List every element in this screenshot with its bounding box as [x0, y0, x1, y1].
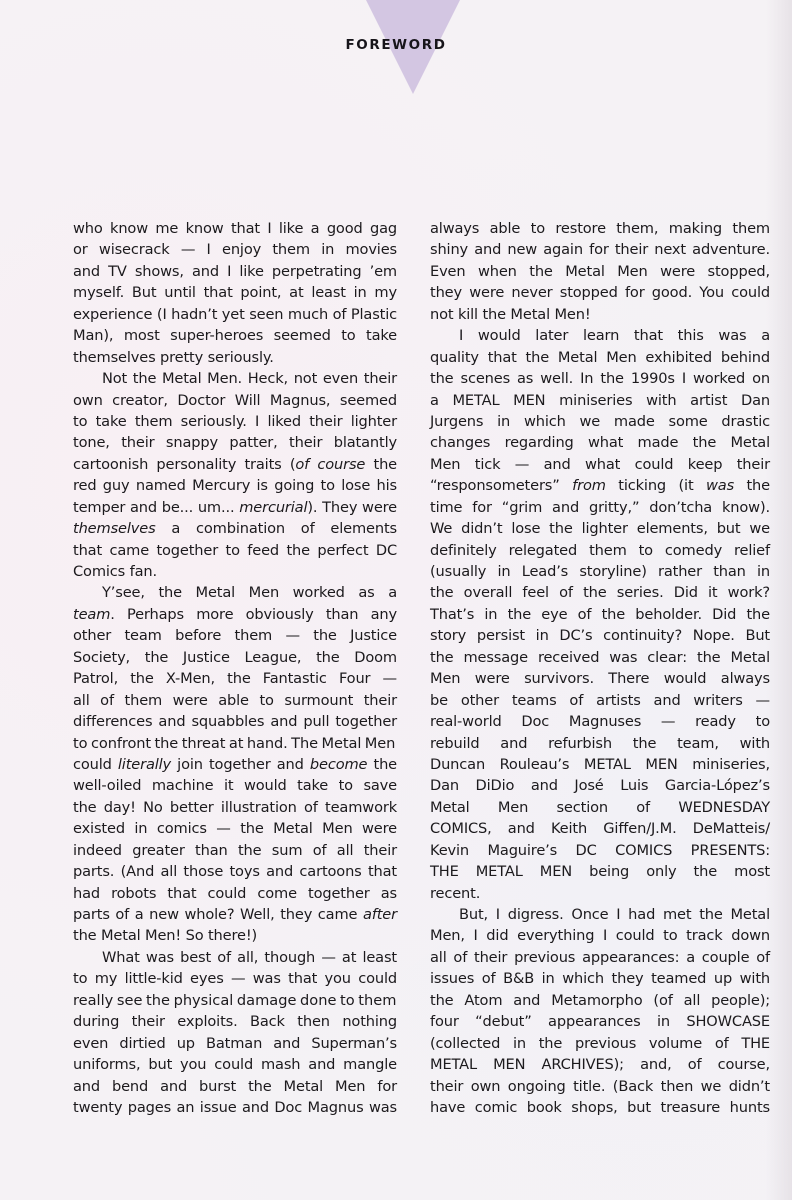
text-line: Men, I did everything I could to track d…	[430, 925, 770, 946]
text-line: That’s in the eye of the beholder. Did t…	[430, 604, 770, 625]
body-text: the	[367, 756, 397, 773]
body-text: That’s in the eye of the beholder. Did t…	[430, 606, 770, 623]
text-line: differences and squabbles and pull toget…	[73, 711, 397, 732]
text-line: I would later learn that this was a	[430, 325, 770, 346]
body-text: Society, the Justice League, the Doom	[73, 649, 397, 666]
body-text: to confront the threat at hand. The Meta…	[73, 735, 395, 752]
italic-text: mercurial	[239, 499, 307, 516]
text-line: team. Perhaps more obviously than any	[73, 604, 397, 625]
body-text: (usually in Lead’s storyline) rather tha…	[430, 563, 770, 580]
text-line: myself. But until that point, at least i…	[73, 282, 397, 303]
body-text: their own ongoing title. (Back then we d…	[430, 1078, 770, 1095]
body-text: the	[734, 477, 770, 494]
body-text: Patrol, the X-Men, the Fantastic Four —	[73, 670, 397, 687]
body-text: or wisecrack — I enjoy them in movies	[73, 241, 397, 258]
text-line: the Atom and Metamorpho (of all people);	[430, 990, 770, 1011]
text-line: Comics fan.	[73, 561, 397, 582]
body-text: could	[73, 756, 118, 773]
text-line: issues of B&B in which they teamed up wi…	[430, 968, 770, 989]
text-line: But, I digress. Once I had met the Metal	[430, 904, 770, 925]
text-line: Society, the Justice League, the Doom	[73, 647, 397, 668]
text-line: all of them were able to surmount their	[73, 690, 397, 711]
text-line: not kill the Metal Men!	[430, 304, 770, 325]
text-line: COMICS, and Keith Giffen/J.M. DeMatteis/	[430, 818, 770, 839]
italic-text: team	[73, 606, 110, 623]
text-line: the message received was clear: the Meta…	[430, 647, 770, 668]
body-text: Men were survivors. There would always	[430, 670, 770, 687]
text-line: to my little-kid eyes — was that you cou…	[73, 968, 397, 989]
body-text: Metal Men section of WEDNESDAY	[430, 799, 770, 816]
body-text: differences and squabbles and pull toget…	[73, 713, 397, 730]
body-text: ticking (it	[606, 477, 706, 494]
text-line: Man), most super-heroes seemed to take	[73, 325, 397, 346]
body-text: issues of B&B in which they teamed up wi…	[430, 970, 770, 987]
body-text: rebuild and refurbish the team, with	[430, 735, 770, 752]
body-text: Not the Metal Men. Heck, not even their	[102, 370, 397, 387]
body-text: tone, their snappy patter, their blatant…	[73, 434, 397, 451]
body-text: the Metal Men! So there!)	[73, 927, 257, 944]
body-text: Kevin Maguire’s DC COMICS PRESENTS:	[430, 842, 770, 859]
text-line: could literally join together and become…	[73, 754, 397, 775]
body-text: Comics fan.	[73, 563, 157, 580]
text-line: four “debut” appearances in SHOWCASE	[430, 1011, 770, 1032]
body-text: the	[365, 456, 397, 473]
body-text: recent.	[430, 885, 480, 902]
italic-text: literally	[118, 756, 171, 773]
text-line: other team before them — the Justice	[73, 625, 397, 646]
body-text: join together and	[171, 756, 310, 773]
text-line: to confront the threat at hand. The Meta…	[73, 733, 397, 754]
body-text: real-world Doc Magnuses — ready to	[430, 713, 770, 730]
section-heading: FOREWORD	[0, 37, 792, 53]
body-text: and bend and burst the Metal Men for	[73, 1078, 397, 1095]
text-line: even dirtied up Batman and Superman’s	[73, 1033, 397, 1054]
text-line: who know me know that I like a good gag	[73, 218, 397, 239]
text-line: story persist in DC’s continuity? Nope. …	[430, 625, 770, 646]
body-text: own creator, Doctor Will Magnus, seemed	[73, 392, 397, 409]
italic-text: of course	[295, 456, 365, 473]
text-line: or wisecrack — I enjoy them in movies	[73, 239, 397, 260]
body-text: uniforms, but you could mash and mangle	[73, 1056, 397, 1073]
body-text: have comic book shops, but treasure hunt…	[430, 1099, 770, 1116]
body-text: But, I digress. Once I had met the Metal	[459, 906, 770, 923]
body-text: Men tick — and what could keep their	[430, 456, 770, 473]
body-text: shiny and new again for their next adven…	[430, 241, 770, 258]
text-line: “responsometers” from ticking (it was th…	[430, 475, 770, 496]
text-line: Duncan Rouleau’s METAL MEN miniseries,	[430, 754, 770, 775]
body-text: the Atom and Metamorpho (of all people);	[430, 992, 770, 1009]
body-text: themselves pretty seriously.	[73, 349, 274, 366]
body-text: parts. (And all those toys and cartoons …	[73, 863, 397, 880]
text-line: the scenes as well. In the 1990s I worke…	[430, 368, 770, 389]
text-line: really see the physical damage done to t…	[73, 990, 397, 1011]
body-text: “responsometers”	[430, 477, 572, 494]
text-line: experience (I hadn’t yet seen much of Pl…	[73, 304, 397, 325]
text-column-left: who know me know that I like a good gago…	[73, 218, 397, 1118]
body-text: four “debut” appearances in SHOWCASE	[430, 1013, 770, 1030]
body-text: the overall feel of the series. Did it w…	[430, 584, 770, 601]
text-line: a METAL MEN miniseries with artist Dan	[430, 390, 770, 411]
text-line: had robots that could come together as	[73, 883, 397, 904]
text-line: (collected in the previous volume of THE	[430, 1033, 770, 1054]
text-line: existed in comics — the Metal Men were	[73, 818, 397, 839]
body-text: myself. But until that point, at least i…	[73, 284, 397, 301]
text-line: own creator, Doctor Will Magnus, seemed	[73, 390, 397, 411]
body-text: Duncan Rouleau’s METAL MEN miniseries,	[430, 756, 770, 773]
text-line: Men were survivors. There would always	[430, 668, 770, 689]
text-line: be other teams of artists and writers —	[430, 690, 770, 711]
text-line: the overall feel of the series. Did it w…	[430, 582, 770, 603]
text-line: indeed greater than the sum of all their	[73, 840, 397, 861]
text-line: definitely relegated them to comedy reli…	[430, 540, 770, 561]
text-line: Metal Men section of WEDNESDAY	[430, 797, 770, 818]
text-line: time for “grim and gritty,” don’tcha kno…	[430, 497, 770, 518]
body-text: who know me know that I like a good gag	[73, 220, 397, 237]
body-text: red guy named Mercury is going to lose h…	[73, 477, 397, 494]
body-text: THE METAL MEN being only the most	[430, 863, 770, 880]
text-line: shiny and new again for their next adven…	[430, 239, 770, 260]
text-line: well-oiled machine it would take to save	[73, 775, 397, 796]
text-line: during their exploits. Back then nothing	[73, 1011, 397, 1032]
body-text: temper and be... um...	[73, 499, 239, 516]
text-line: What was best of all, though — at least	[73, 947, 397, 968]
body-text: the day! No better illustration of teamw…	[73, 799, 397, 816]
text-line: We didn’t lose the lighter elements, but…	[430, 518, 770, 539]
body-text: Y’see, the Metal Men worked as a	[102, 584, 397, 601]
text-line: real-world Doc Magnuses — ready to	[430, 711, 770, 732]
body-text: time for “grim and gritty,” don’tcha kno…	[430, 499, 770, 516]
text-line: Jurgens in which we made some drastic	[430, 411, 770, 432]
text-line: and bend and burst the Metal Men for	[73, 1076, 397, 1097]
body-text: Even when the Metal Men were stopped,	[430, 263, 770, 280]
italic-text: themselves	[73, 520, 156, 537]
body-text: had robots that could come together as	[73, 885, 397, 902]
body-text: cartoonish personality traits (	[73, 456, 295, 473]
italic-text: was	[706, 477, 734, 494]
body-text: Jurgens in which we made some drastic	[430, 413, 770, 430]
text-line: their own ongoing title. (Back then we d…	[430, 1076, 770, 1097]
body-text: be other teams of artists and writers —	[430, 692, 770, 709]
text-column-right: always able to restore them, making them…	[430, 218, 770, 1118]
body-text: and TV shows, and I like perpetrating ’e…	[73, 263, 397, 280]
body-text: really see the physical damage done to t…	[73, 992, 396, 1009]
text-line: uniforms, but you could mash and mangle	[73, 1054, 397, 1075]
body-text: to take them seriously. I liked their li…	[73, 413, 397, 430]
text-line: THE METAL MEN being only the most	[430, 861, 770, 882]
body-text: other team before them — the Justice	[73, 627, 397, 644]
body-text: COMICS, and Keith Giffen/J.M. DeMatteis/	[430, 820, 770, 837]
body-text: always able to restore them, making them	[430, 220, 770, 237]
body-text: existed in comics — the Metal Men were	[73, 820, 397, 837]
body-text: I would later learn that this was a	[459, 327, 770, 344]
italic-text: from	[572, 477, 606, 494]
text-line: Dan DiDio and José Luis Garcia-López’s	[430, 775, 770, 796]
text-line: Patrol, the X-Men, the Fantastic Four —	[73, 668, 397, 689]
text-line: themselves pretty seriously.	[73, 347, 397, 368]
body-text: all of them were able to surmount their	[73, 692, 397, 709]
body-text: changes regarding what made the Metal	[430, 434, 770, 451]
text-line: and TV shows, and I like perpetrating ’e…	[73, 261, 397, 282]
body-text: ). They were	[307, 499, 397, 516]
body-text: the scenes as well. In the 1990s I worke…	[430, 370, 770, 387]
body-text: all of their previous appearances: a cou…	[430, 949, 770, 966]
body-text: METAL MEN ARCHIVES); and, of course,	[430, 1056, 770, 1073]
text-line: have comic book shops, but treasure hunt…	[430, 1097, 770, 1118]
body-text: experience (I hadn’t yet seen much of Pl…	[73, 306, 397, 323]
text-line: the day! No better illustration of teamw…	[73, 797, 397, 818]
body-text: a combination of elements	[156, 520, 397, 537]
body-text: What was best of all, though — at least	[102, 949, 397, 966]
body-text: during their exploits. Back then nothing	[73, 1013, 397, 1030]
body-text: . Perhaps more obviously than any	[110, 606, 397, 623]
body-text: Men, I did everything I could to track d…	[430, 927, 770, 944]
body-text: indeed greater than the sum of all their	[73, 842, 397, 859]
body-text: that came together to feed the perfect D…	[73, 542, 397, 559]
body-text: not kill the Metal Men!	[430, 306, 591, 323]
text-line: parts. (And all those toys and cartoons …	[73, 861, 397, 882]
italic-text: become	[310, 756, 368, 773]
body-text: a METAL MEN miniseries with artist Dan	[430, 392, 770, 409]
text-line: the Metal Men! So there!)	[73, 925, 397, 946]
body-text: they were never stopped for good. You co…	[430, 284, 770, 301]
italic-text: after	[363, 906, 397, 923]
text-line: Y’see, the Metal Men worked as a	[73, 582, 397, 603]
body-text: (collected in the previous volume of THE	[430, 1035, 770, 1052]
text-line: cartoonish personality traits (of course…	[73, 454, 397, 475]
body-text: parts of a new whole? Well, they came	[73, 906, 363, 923]
body-text: quality that the Metal Men exhibited beh…	[430, 349, 770, 366]
body-text: twenty pages an issue and Doc Magnus was	[73, 1099, 397, 1116]
text-line: red guy named Mercury is going to lose h…	[73, 475, 397, 496]
text-line: Men tick — and what could keep their	[430, 454, 770, 475]
text-line: twenty pages an issue and Doc Magnus was	[73, 1097, 397, 1118]
body-text: even dirtied up Batman and Superman’s	[73, 1035, 397, 1052]
text-line: always able to restore them, making them	[430, 218, 770, 239]
body-text: the message received was clear: the Meta…	[430, 649, 770, 666]
text-line: parts of a new whole? Well, they came af…	[73, 904, 397, 925]
text-line: to take them seriously. I liked their li…	[73, 411, 397, 432]
body-text: to my little-kid eyes — was that you cou…	[73, 970, 397, 987]
text-line: METAL MEN ARCHIVES); and, of course,	[430, 1054, 770, 1075]
text-line: Kevin Maguire’s DC COMICS PRESENTS:	[430, 840, 770, 861]
body-text: Dan DiDio and José Luis Garcia-López’s	[430, 777, 770, 794]
text-line: rebuild and refurbish the team, with	[430, 733, 770, 754]
text-line: that came together to feed the perfect D…	[73, 540, 397, 561]
text-line: recent.	[430, 883, 770, 904]
text-line: quality that the Metal Men exhibited beh…	[430, 347, 770, 368]
body-text: well-oiled machine it would take to save	[73, 777, 397, 794]
body-text: story persist in DC’s continuity? Nope. …	[430, 627, 770, 644]
body-text: Man), most super-heroes seemed to take	[73, 327, 397, 344]
body-text: We didn’t lose the lighter elements, but…	[430, 520, 770, 537]
text-line: all of their previous appearances: a cou…	[430, 947, 770, 968]
text-line: Even when the Metal Men were stopped,	[430, 261, 770, 282]
text-line: they were never stopped for good. You co…	[430, 282, 770, 303]
text-line: tone, their snappy patter, their blatant…	[73, 432, 397, 453]
text-line: (usually in Lead’s storyline) rather tha…	[430, 561, 770, 582]
text-line: changes regarding what made the Metal	[430, 432, 770, 453]
text-line: Not the Metal Men. Heck, not even their	[73, 368, 397, 389]
text-line: temper and be... um... mercurial). They …	[73, 497, 397, 518]
text-line: themselves a combination of elements	[73, 518, 397, 539]
body-text: definitely relegated them to comedy reli…	[430, 542, 770, 559]
